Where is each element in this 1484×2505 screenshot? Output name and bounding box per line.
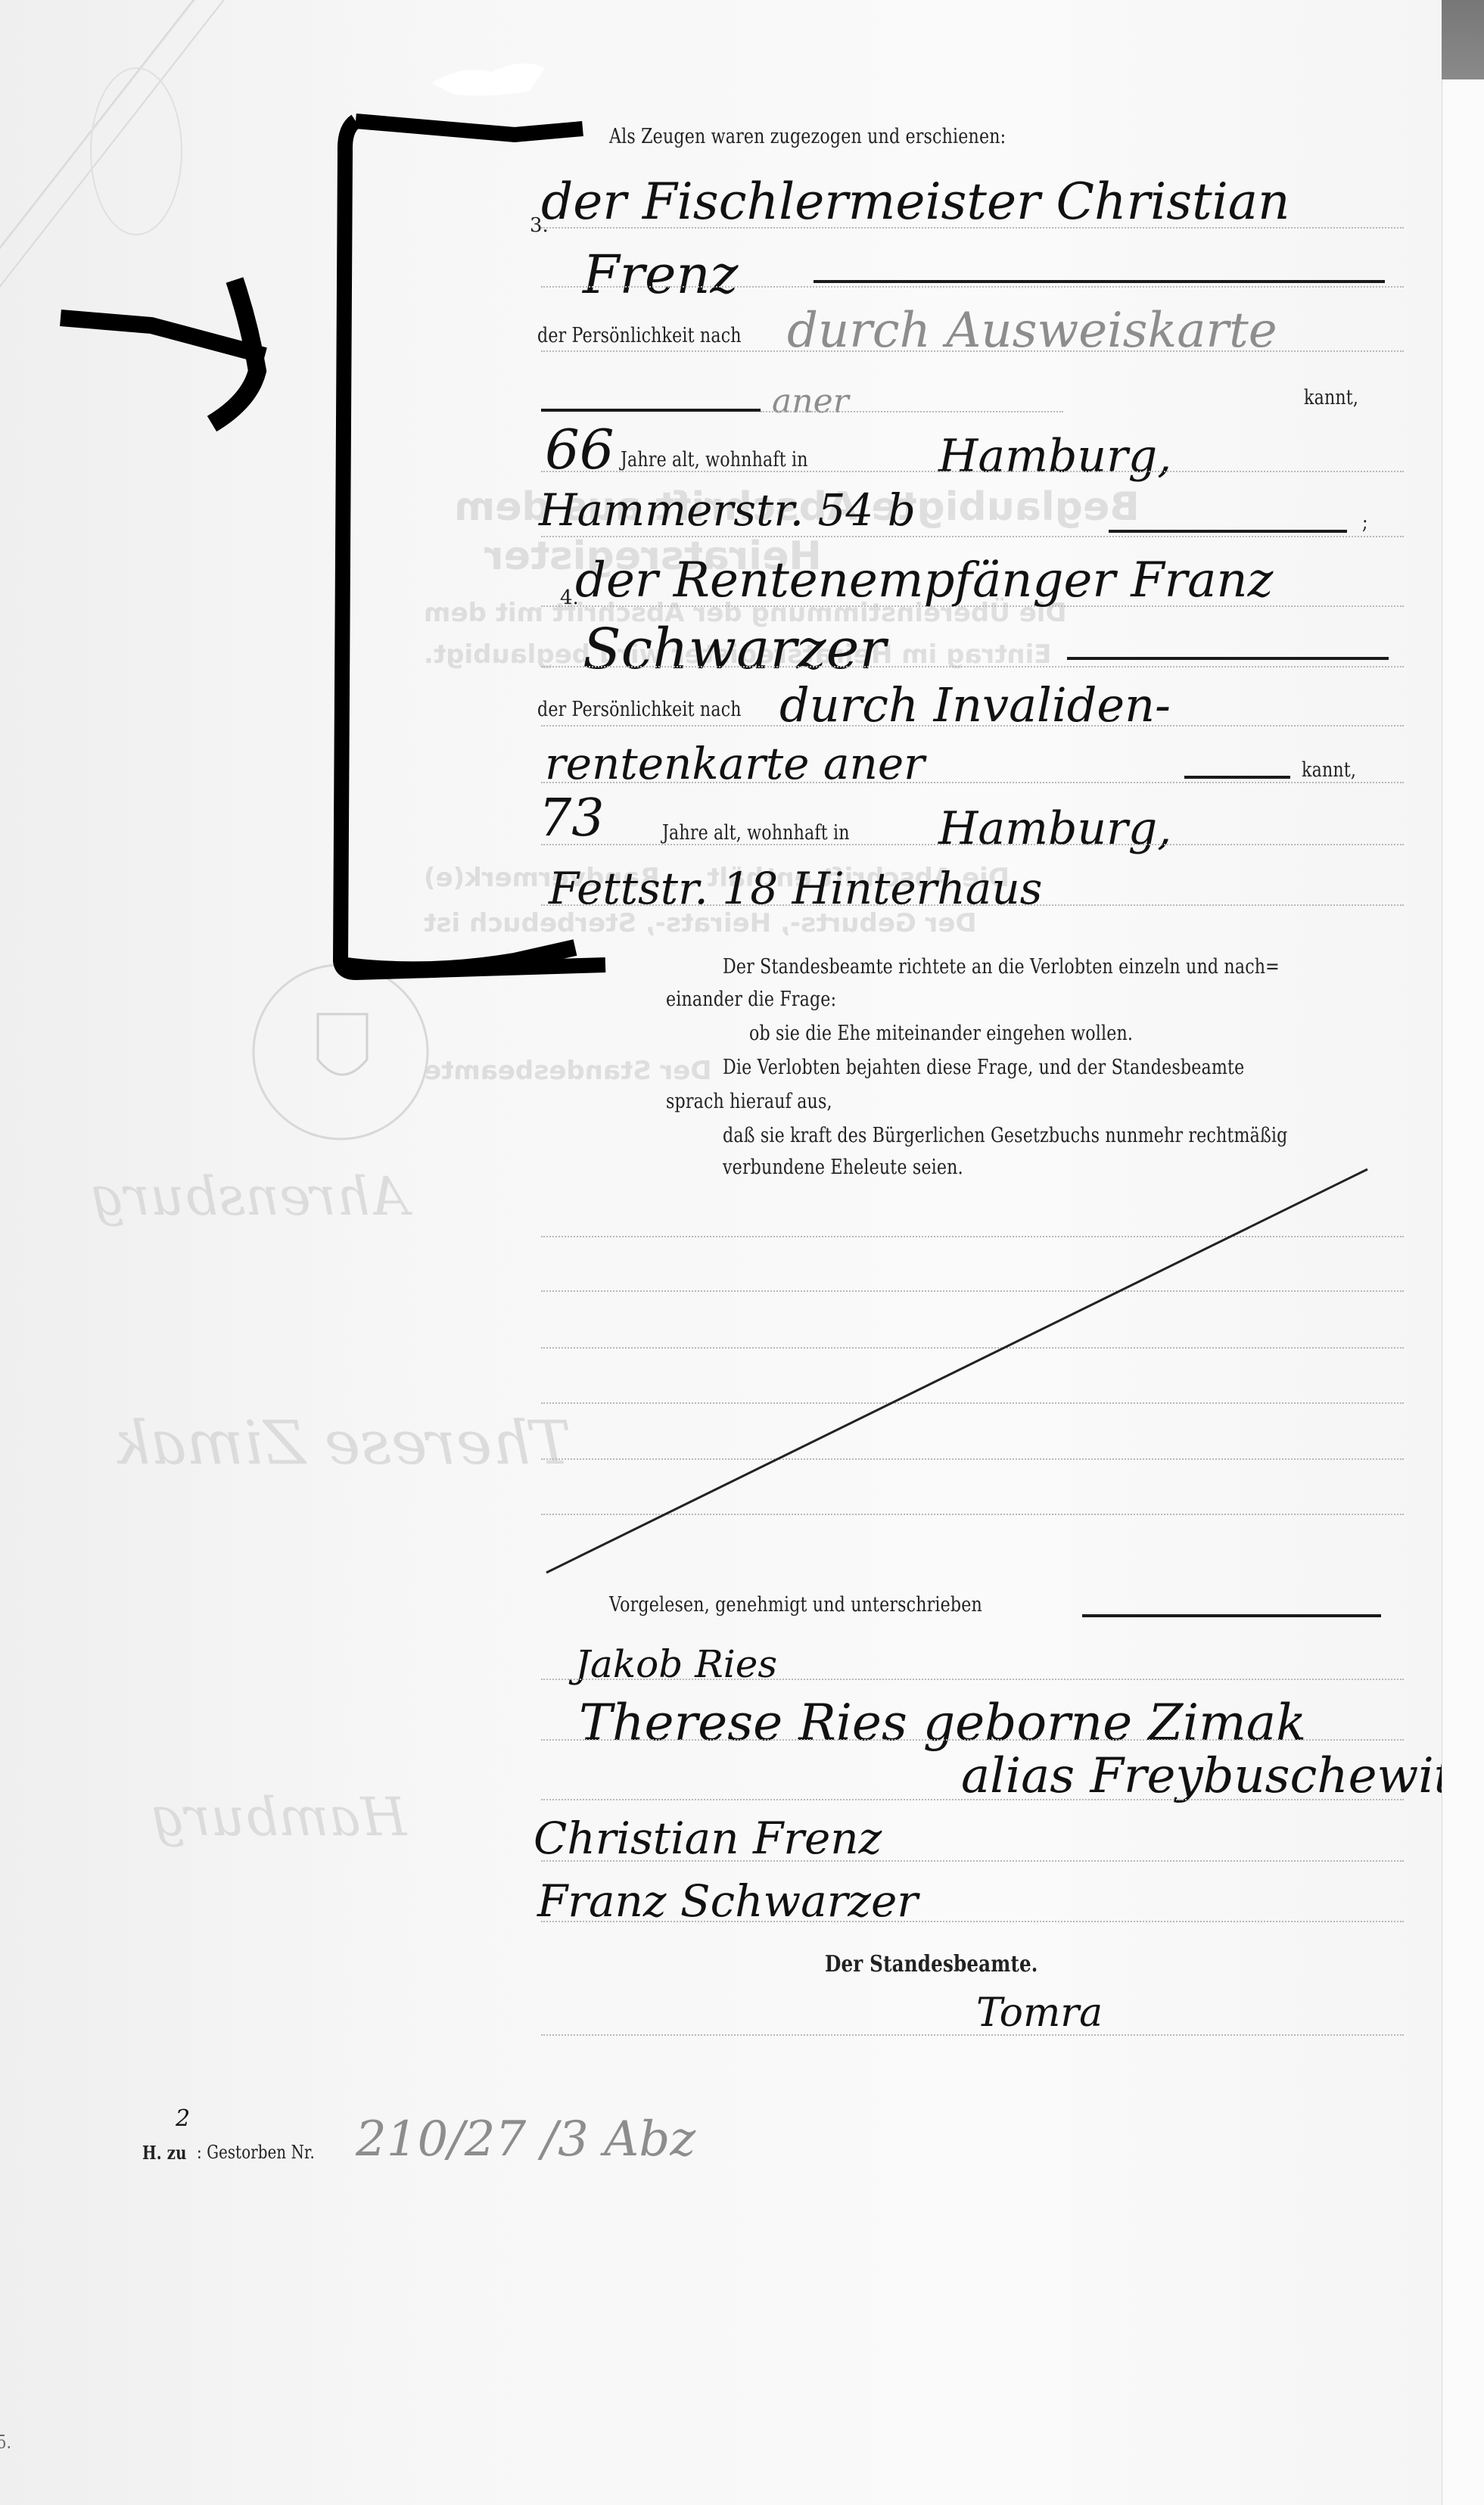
document-page: Beglaubigte Abschrift aus dem Heiratsreg… bbox=[0, 0, 1442, 2505]
page-edge bbox=[1442, 79, 1484, 2505]
white-out-blob bbox=[431, 64, 545, 96]
markup-overlay bbox=[0, 0, 1484, 2505]
strike-through-line bbox=[546, 1169, 1367, 1573]
bracket-icon bbox=[341, 121, 605, 972]
arrow-right-icon bbox=[61, 280, 265, 424]
scan-background bbox=[1442, 0, 1484, 79]
